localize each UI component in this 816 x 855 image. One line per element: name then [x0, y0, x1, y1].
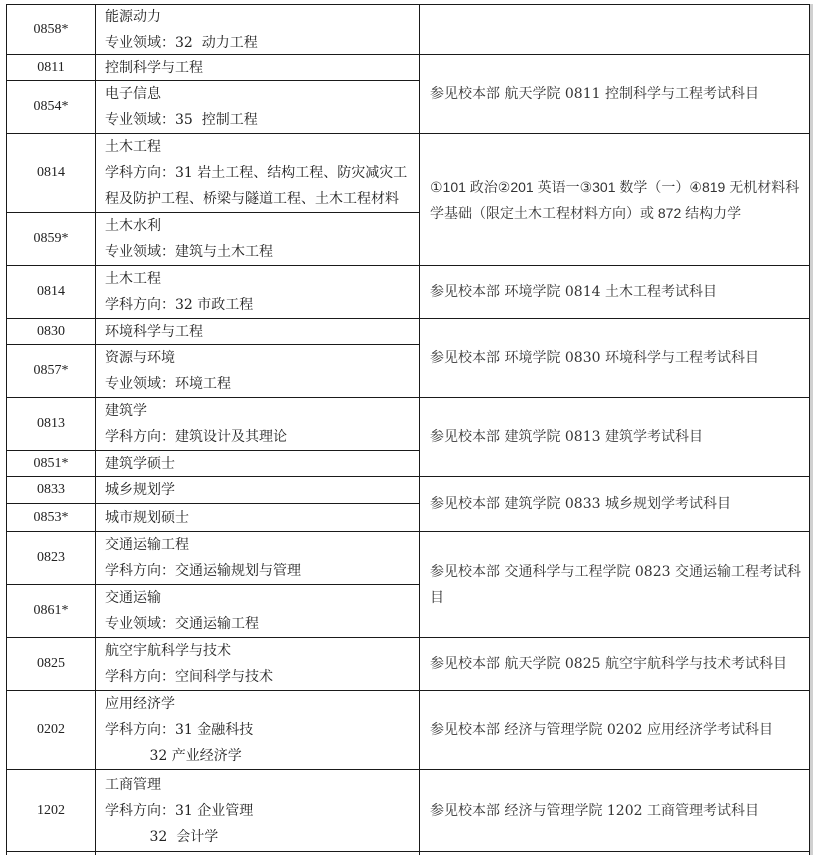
exam-subjects-cell: 参见校本部 建筑学院 0833 城乡规划学考试科目 [420, 477, 809, 531]
name-cell: 建筑学硕士 [96, 451, 419, 476]
code-cell: 0202 [7, 691, 95, 769]
discipline-code: 0830 [37, 324, 65, 340]
name-cell: 能源动力 专业领域：32 动力工程 [96, 5, 419, 54]
discipline-name: 城乡规划学 [105, 477, 419, 503]
discipline-direction: 学科方向：31 岩土工程、结构工程、防灾减灾工 [105, 160, 419, 186]
discipline-name: 环境科学与工程 [105, 319, 419, 345]
name-cell: 城市规划硕士 [96, 504, 419, 531]
name-cell: 航空宇航科学与技术 学科方向：空间科学与技术 [96, 638, 419, 690]
discipline-name: 应用经济学 [105, 691, 419, 717]
exam-subjects-cell: ①101 政治②201 英语一③301 数学（一）④819 无机材料科学基础（限… [420, 134, 809, 265]
discipline-code: 0851* [34, 456, 69, 472]
exam-subjects-cell: 参见校本部 航天学院 0825 航空宇航科学与技术考试科目 [420, 638, 809, 690]
exam-subjects-cell: 参见校本部 环境学院 0814 土木工程考试科目 [420, 266, 809, 318]
row-divider [6, 851, 810, 852]
name-cell: 资源与环境 专业领域：环境工程 [96, 345, 419, 397]
discipline-direction: 学科方向：31 金融科技 [105, 717, 419, 743]
exam-subjects-text: 参见校本部 经济与管理学院 1202 工商管理考试科目 [430, 798, 801, 824]
exam-subjects-text: 参见校本部 环境学院 0814 土木工程考试科目 [430, 279, 801, 305]
page-edge-shadow [810, 4, 813, 855]
discipline-name: 城市规划硕士 [105, 505, 419, 531]
table-border-right [809, 4, 810, 855]
code-cell: 0830 [7, 319, 95, 344]
exam-subjects-cell: 参见校本部 环境学院 0830 环境科学与工程考试科目 [420, 319, 809, 397]
discipline-code: 0813 [37, 416, 65, 432]
discipline-name: 资源与环境 [105, 345, 419, 371]
name-cell: 电子信息 专业领域：35 控制工程 [96, 81, 419, 133]
code-cell: 0825 [7, 638, 95, 690]
discipline-code: 1202 [37, 803, 65, 819]
discipline-direction: 32 产业经济学 [105, 743, 419, 769]
name-cell: 控制科学与工程 [96, 55, 419, 80]
discipline-direction: 专业领域：32 动力工程 [105, 30, 419, 56]
code-cell: 0857* [7, 345, 95, 397]
discipline-direction: 专业领域：建筑与土木工程 [105, 239, 419, 265]
exam-subjects-text: 参见校本部 建筑学院 0833 城乡规划学考试科目 [430, 491, 801, 517]
name-cell: 交通运输工程 学科方向：交通运输规划与管理 [96, 532, 419, 584]
discipline-direction: 学科方向：31 企业管理 [105, 798, 419, 824]
exam-subjects-cell: 参见校本部 经济与管理学院 1202 工商管理考试科目 [420, 770, 809, 851]
discipline-code: 0833 [37, 482, 65, 498]
discipline-direction: 专业领域：环境工程 [105, 371, 419, 397]
discipline-code: 0861* [34, 603, 69, 619]
code-cell: 0814 [7, 266, 95, 318]
code-cell: 0813 [7, 398, 95, 450]
exam-subjects-text: 参见校本部 经济与管理学院 0202 应用经济学考试科目 [430, 717, 801, 743]
name-cell: 城乡规划学 [96, 477, 419, 503]
code-cell: 0823 [7, 532, 95, 584]
code-cell: 0811 [7, 55, 95, 80]
exam-subjects-text: 参见校本部 环境学院 0830 环境科学与工程考试科目 [430, 345, 801, 371]
exam-subjects-cell: 参见校本部 建筑学院 0813 建筑学考试科目 [420, 398, 809, 476]
discipline-direction: 专业领域：35 控制工程 [105, 107, 419, 133]
discipline-code: 0814 [37, 284, 65, 300]
name-cell: 工商管理 学科方向：31 企业管理 32 会计学 [96, 770, 419, 851]
code-cell: 0814 [7, 134, 95, 212]
discipline-direction: 专业领域：交通运输工程 [105, 611, 419, 637]
exam-subjects-cell: 参见校本部 航天学院 0811 控制科学与工程考试科目 [420, 55, 809, 133]
name-cell: 交通运输 专业领域：交通运输工程 [96, 585, 419, 637]
discipline-name: 控制科学与工程 [105, 55, 419, 81]
discipline-name: 交通运输工程 [105, 532, 419, 558]
discipline-direction: 学科方向：交通运输规划与管理 [105, 558, 419, 584]
discipline-name: 电子信息 [105, 81, 419, 107]
discipline-direction: 32 会计学 [105, 824, 419, 850]
discipline-code: 0858* [34, 22, 69, 38]
exam-subjects-cell: 参见校本部 交通科学与工程学院 0823 交通运输工程考试科目 [420, 532, 809, 637]
discipline-code: 0853* [34, 510, 69, 526]
discipline-name: 工商管理 [105, 772, 419, 798]
discipline-direction: 程及防护工程、桥梁与隧道工程、土木工程材料 [105, 186, 419, 212]
exam-subjects-cell [420, 5, 809, 54]
discipline-code: 0823 [37, 550, 65, 566]
code-cell: 0851* [7, 451, 95, 476]
discipline-name: 土木工程 [105, 266, 419, 292]
name-cell: 土木水利 专业领域：建筑与土木工程 [96, 213, 419, 265]
code-cell: 0858* [7, 5, 95, 54]
discipline-code: 0825 [37, 656, 65, 672]
code-cell: 0854* [7, 81, 95, 133]
discipline-name: 土木水利 [105, 213, 419, 239]
discipline-code: 0202 [37, 722, 65, 738]
discipline-name: 建筑学 [105, 398, 419, 424]
discipline-code: 0814 [37, 165, 65, 181]
discipline-direction: 学科方向：建筑设计及其理论 [105, 424, 419, 450]
discipline-name: 交通运输 [105, 585, 419, 611]
discipline-name: 土木工程 [105, 134, 419, 160]
discipline-direction: 学科方向：32 市政工程 [105, 292, 419, 318]
exam-subjects-cell: 参见校本部 经济与管理学院 0202 应用经济学考试科目 [420, 691, 809, 769]
discipline-code: 0857* [34, 363, 69, 379]
discipline-code: 0859* [34, 231, 69, 247]
exam-subjects-text: 参见校本部 交通科学与工程学院 0823 交通运输工程考试科目 [430, 559, 801, 611]
name-cell: 土木工程 学科方向：31 岩土工程、结构工程、防灾减灾工 程及防护工程、桥梁与隧… [96, 134, 419, 212]
discipline-name: 能源动力 [105, 4, 419, 30]
code-cell: 0833 [7, 477, 95, 503]
discipline-direction: 学科方向：空间科学与技术 [105, 664, 419, 690]
name-cell: 应用经济学 学科方向：31 金融科技 32 产业经济学 [96, 691, 419, 769]
exam-subjects-text: 参见校本部 航天学院 0811 控制科学与工程考试科目 [430, 81, 801, 107]
code-cell: 1202 [7, 770, 95, 851]
exam-subjects-table: 0858* 能源动力 专业领域：32 动力工程 0811 控制科学与工程 085… [0, 0, 816, 855]
exam-subjects-text: 参见校本部 建筑学院 0813 建筑学考试科目 [430, 424, 801, 450]
discipline-code: 0811 [37, 60, 64, 76]
discipline-name: 航空宇航科学与技术 [105, 638, 419, 664]
exam-subjects-text: ①101 政治②201 英语一③301 数学（一）④819 无机材料科学基础（限… [430, 174, 801, 226]
code-cell: 0861* [7, 585, 95, 637]
code-cell: 0853* [7, 504, 95, 531]
name-cell: 环境科学与工程 [96, 319, 419, 344]
name-cell: 建筑学 学科方向：建筑设计及其理论 [96, 398, 419, 450]
discipline-name: 建筑学硕士 [105, 451, 419, 477]
name-cell: 土木工程 学科方向：32 市政工程 [96, 266, 419, 318]
discipline-code: 0854* [34, 99, 69, 115]
code-cell: 0859* [7, 213, 95, 265]
exam-subjects-text: 参见校本部 航天学院 0825 航空宇航科学与技术考试科目 [430, 651, 801, 677]
